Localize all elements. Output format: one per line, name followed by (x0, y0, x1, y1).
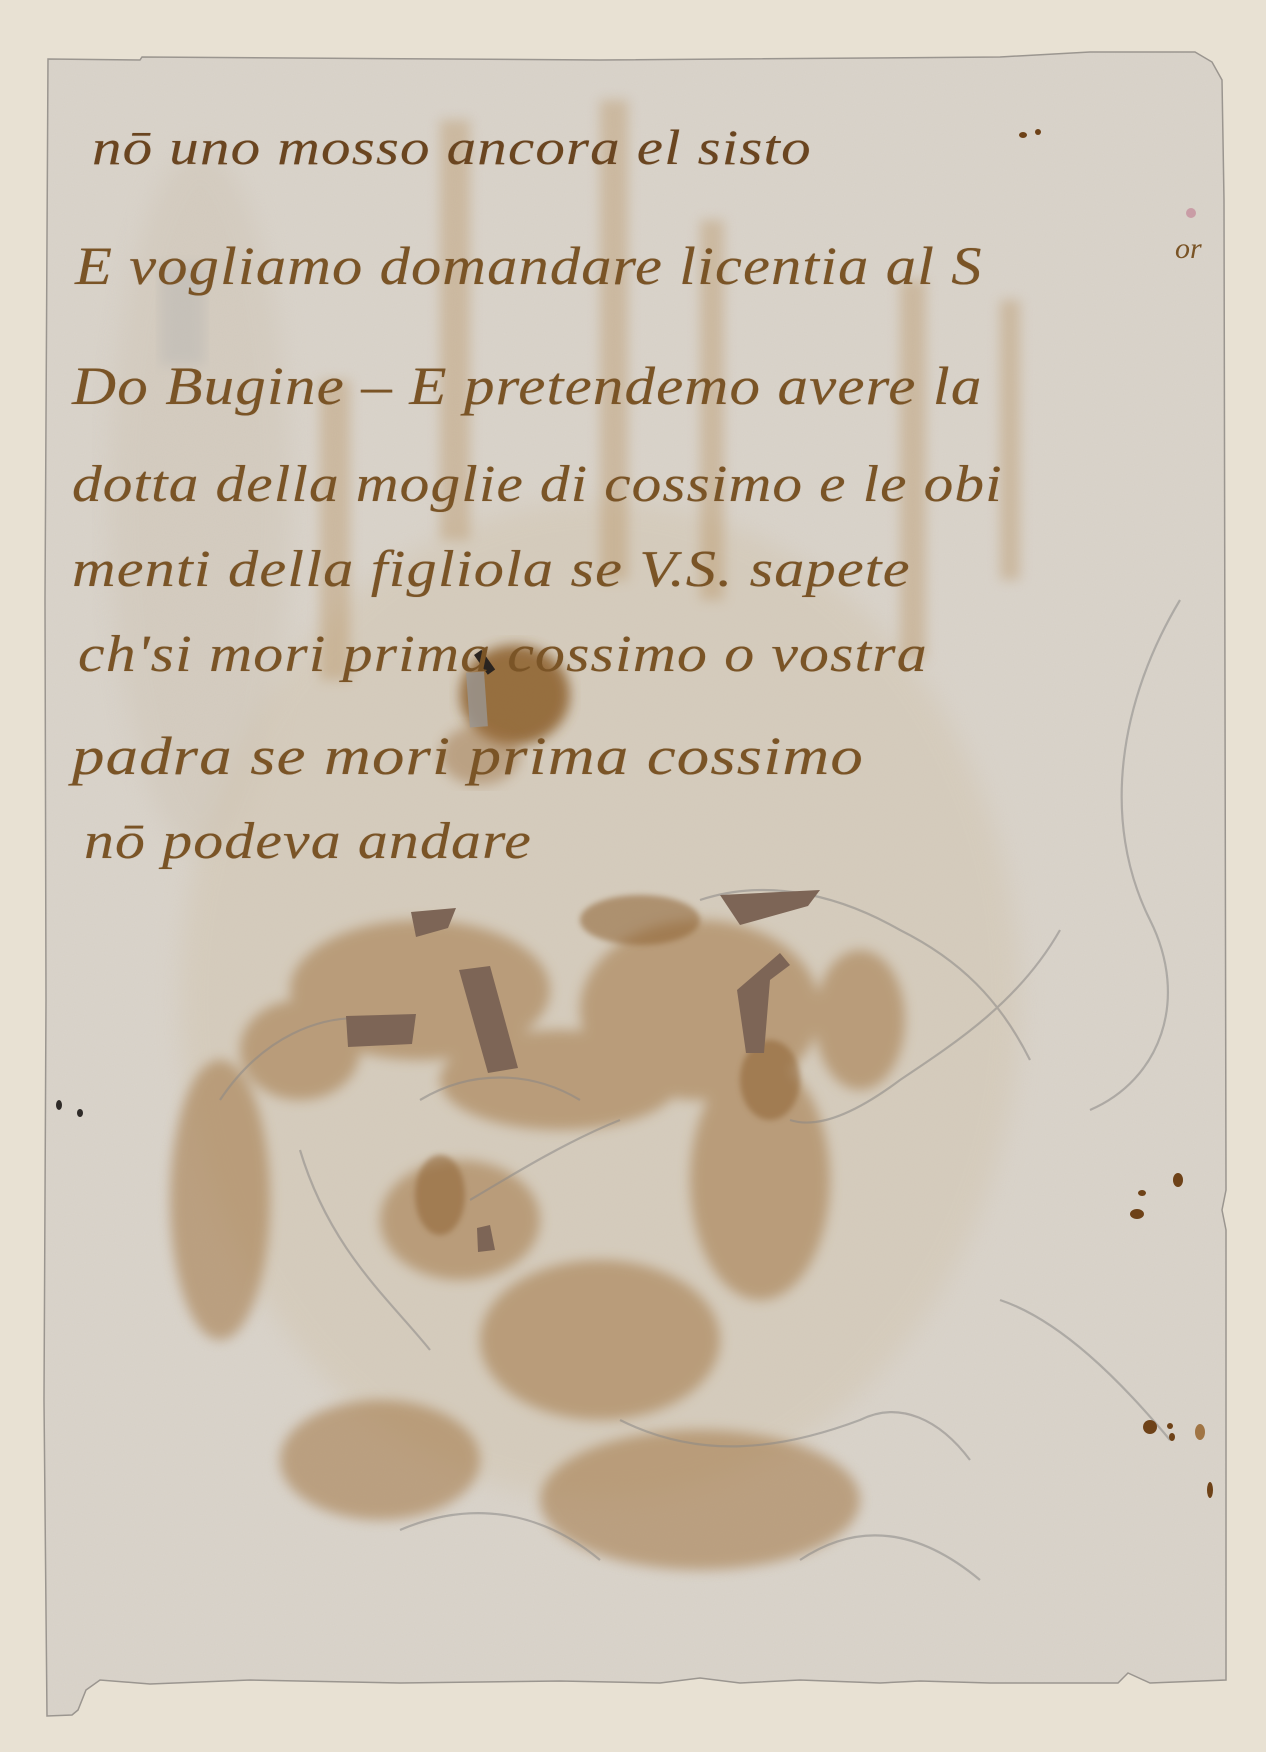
manuscript-superscript: or (1175, 232, 1202, 266)
manuscript-line-3: Do Bugine – E pretendemo avere la (72, 355, 983, 417)
manuscript-line-5: menti della figliola se V.S. sapete (72, 540, 911, 599)
manuscript-line-4: dotta della moglie di cossimo e le obi (72, 455, 1003, 514)
manuscript-line-6: ch'si mori prima cossimo o vostra (78, 625, 928, 684)
manuscript-line-8: nō podeva andare (84, 812, 532, 871)
patch-c (346, 1014, 416, 1047)
manuscript-line-7: padra se mori prima cossimo (72, 725, 864, 787)
manuscript-line-2: E vogliamo domandare licentia al S (75, 235, 983, 297)
manuscript-line-1: nō uno mosso ancora el sisto (92, 118, 812, 176)
